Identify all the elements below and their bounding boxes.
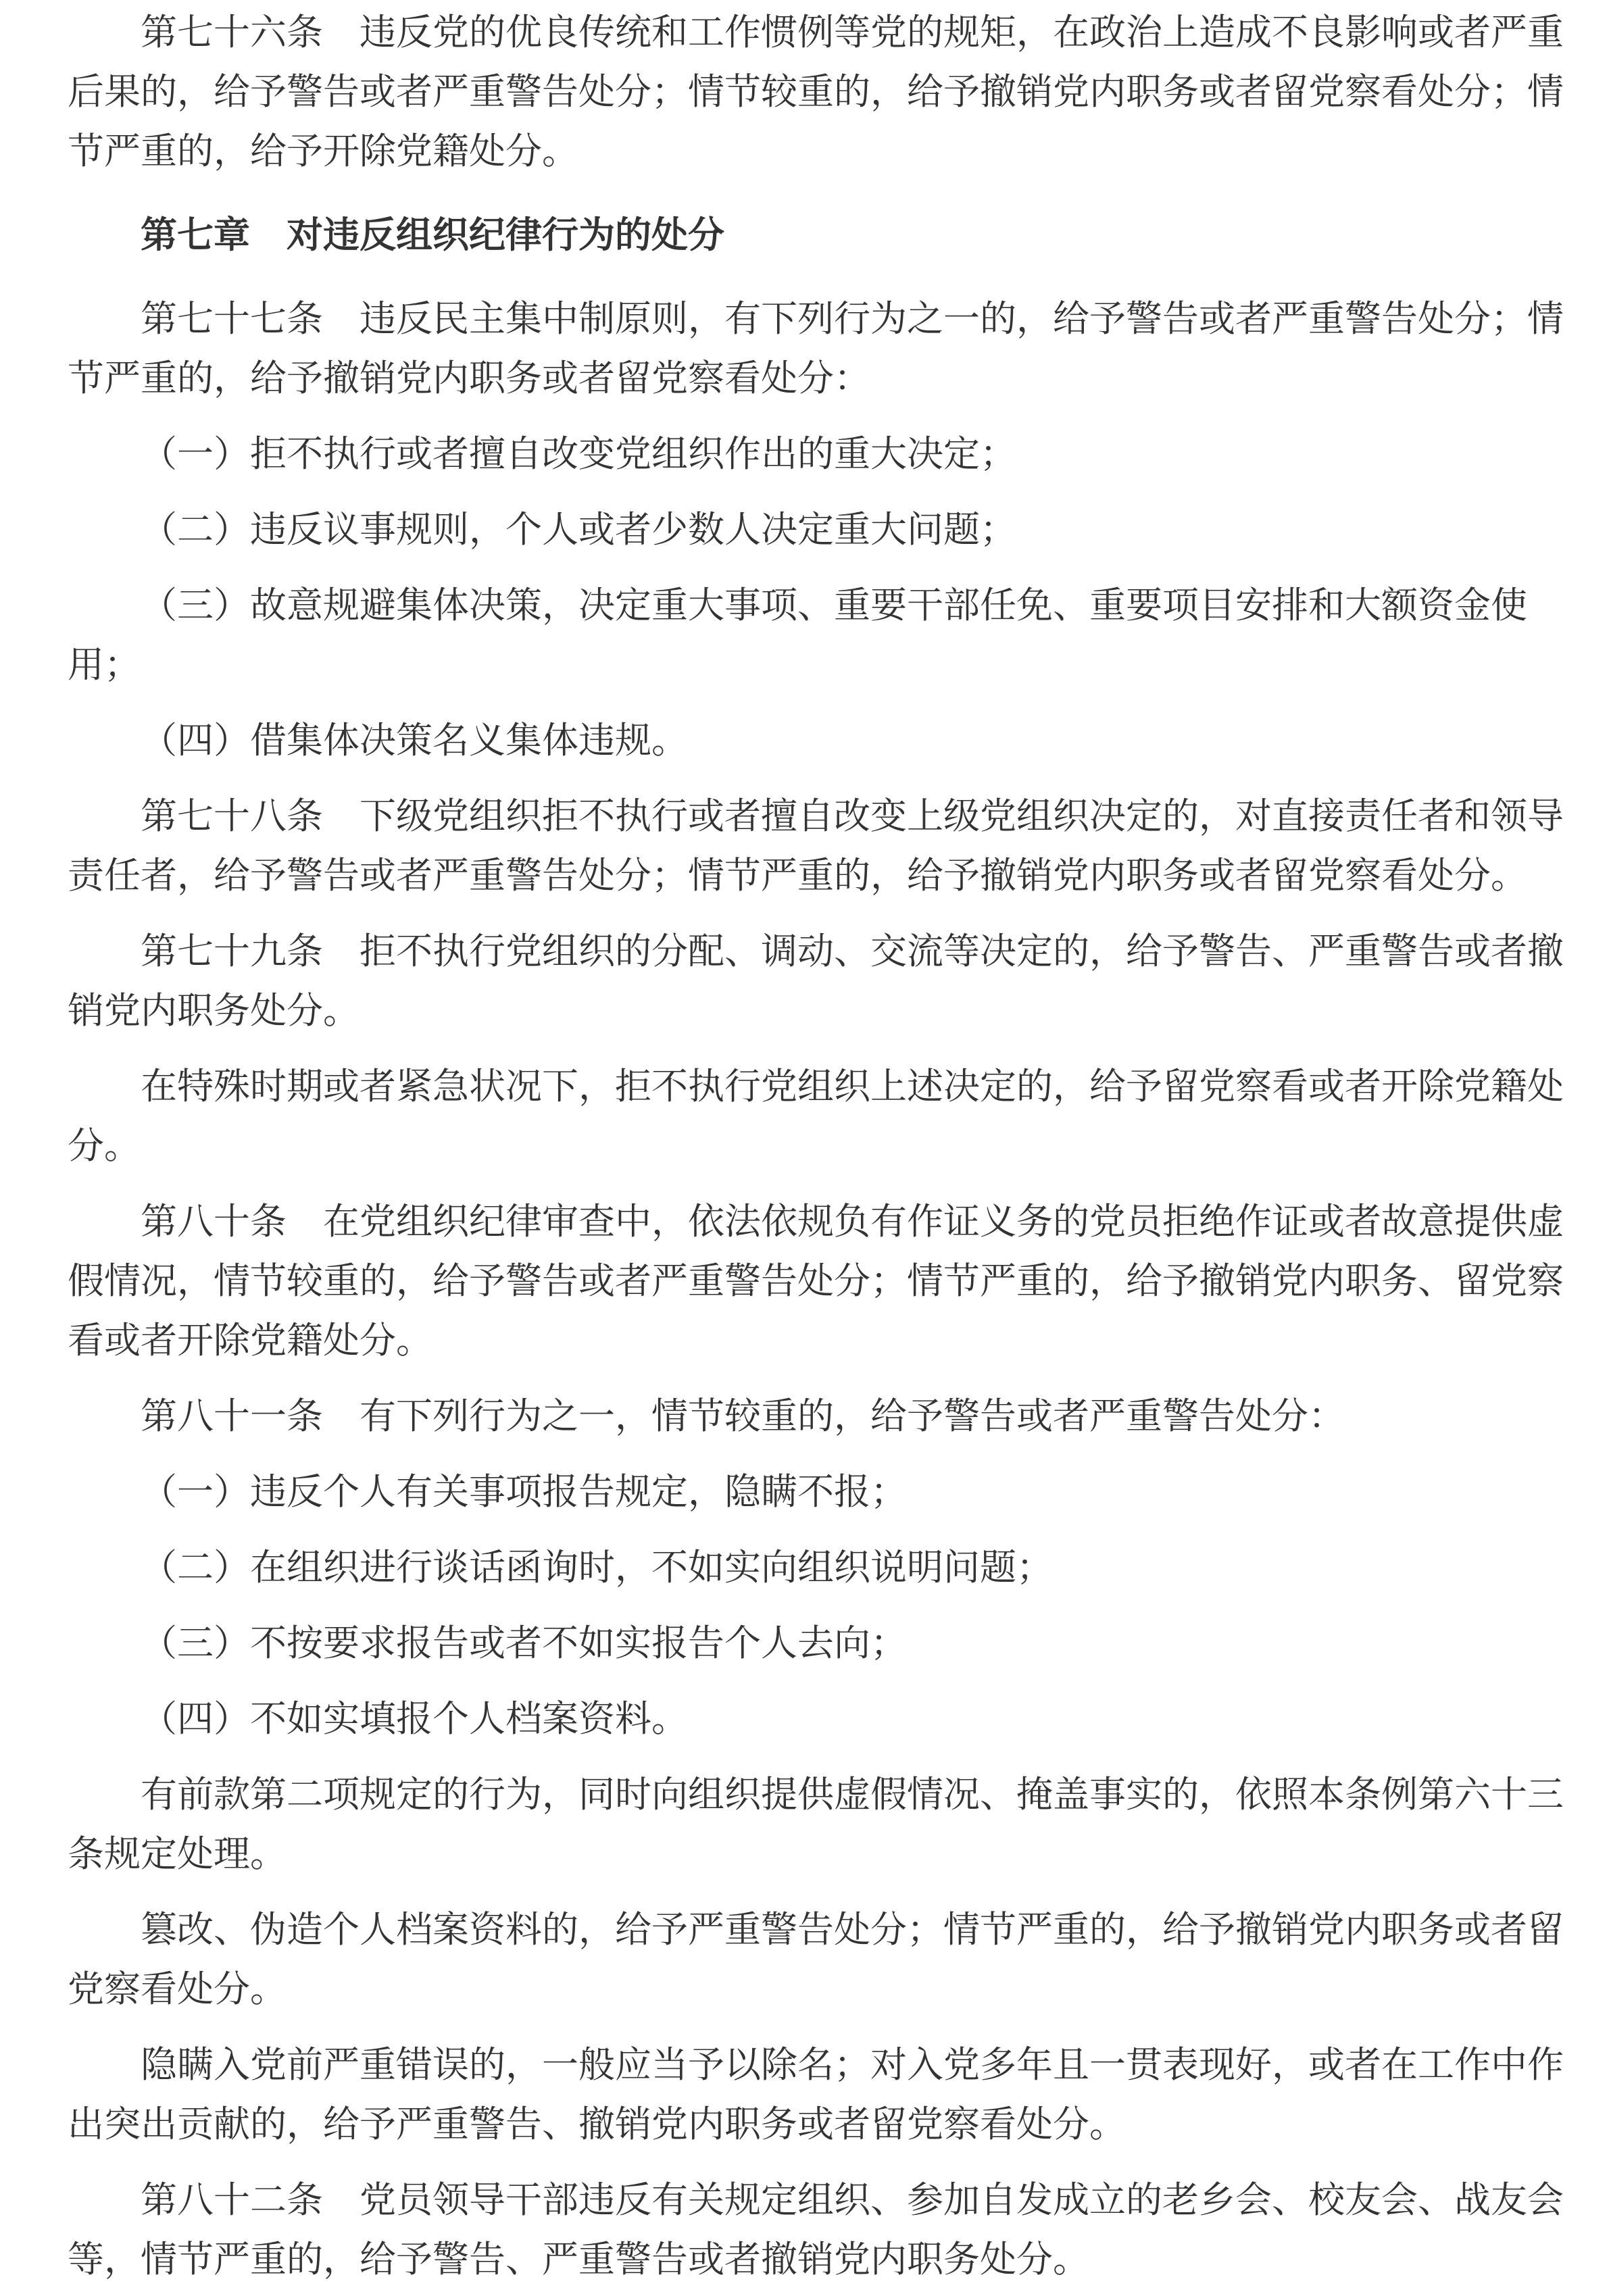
article-paragraph: 第八十二条 党员领导干部违反有关规定组织、参加自发成立的老乡会、校友会、战友会等… xyxy=(68,2170,1564,2289)
article-paragraph: 第八十一条 有下列行为之一，情节较重的，给予警告或者严重警告处分： xyxy=(68,1387,1564,1446)
article-paragraph: 第七十九条 拒不执行党组织的分配、调动、交流等决定的，给予警告、严重警告或者撤销… xyxy=(68,922,1564,1041)
article-paragraph: 篡改、伪造个人档案资料的，给予严重警告处分；情节严重的，给予撤销党内职务或者留党… xyxy=(68,1900,1564,2019)
article-paragraph: 第七十八条 下级党组织拒不执行或者擅自改变上级党组织决定的，对直接责任者和领导责… xyxy=(68,787,1564,905)
article-paragraph: 第八十条 在党组织纪律审查中，依法依规负有作证义务的党员拒绝作证或者故意提供虚假… xyxy=(68,1192,1564,1370)
list-item: （一）违反个人有关事项报告规定，隐瞒不报； xyxy=(68,1462,1564,1522)
list-item: （三）故意规避集体决策，决定重大事项、重要干部任免、重要项目安排和大额资金使用； xyxy=(68,576,1564,695)
list-item: （二）在组织进行谈话函询时，不如实向组织说明问题； xyxy=(68,1538,1564,1597)
list-item: （三）不按要求报告或者不如实报告个人去向； xyxy=(68,1614,1564,1673)
list-item: （二）违反议事规则，个人或者少数人决定重大问题； xyxy=(68,500,1564,559)
article-paragraph: 第七十七条 违反民主集中制原则，有下列行为之一的，给予警告或者严重警告处分；情节… xyxy=(68,289,1564,408)
article-paragraph: 在特殊时期或者紧急状况下，拒不执行党组织上述决定的，给予留党察看或者开除党籍处分… xyxy=(68,1057,1564,1176)
document-body: 第七十六条 违反党的优良传统和工作惯例等党的规矩，在政治上造成不良影响或者严重后… xyxy=(0,0,1609,2296)
article-paragraph: 隐瞒入党前严重错误的，一般应当予以除名；对入党多年且一贯表现好，或者在工作中作出… xyxy=(68,2035,1564,2154)
list-item: （一）拒不执行或者擅自改变党组织作出的重大决定； xyxy=(68,424,1564,484)
chapter-heading: 第七章 对违反组织纪律行为的处分 xyxy=(68,205,1564,265)
article-paragraph: 有前款第二项规定的行为，同时向组织提供虚假情况、掩盖事实的，依照本条例第六十三条… xyxy=(68,1765,1564,1884)
article-paragraph: 第七十六条 违反党的优良传统和工作惯例等党的规矩，在政治上造成不良影响或者严重后… xyxy=(68,3,1564,181)
list-item: （四）借集体决策名义集体违规。 xyxy=(68,711,1564,770)
list-item: （四）不如实填报个人档案资料。 xyxy=(68,1689,1564,1749)
